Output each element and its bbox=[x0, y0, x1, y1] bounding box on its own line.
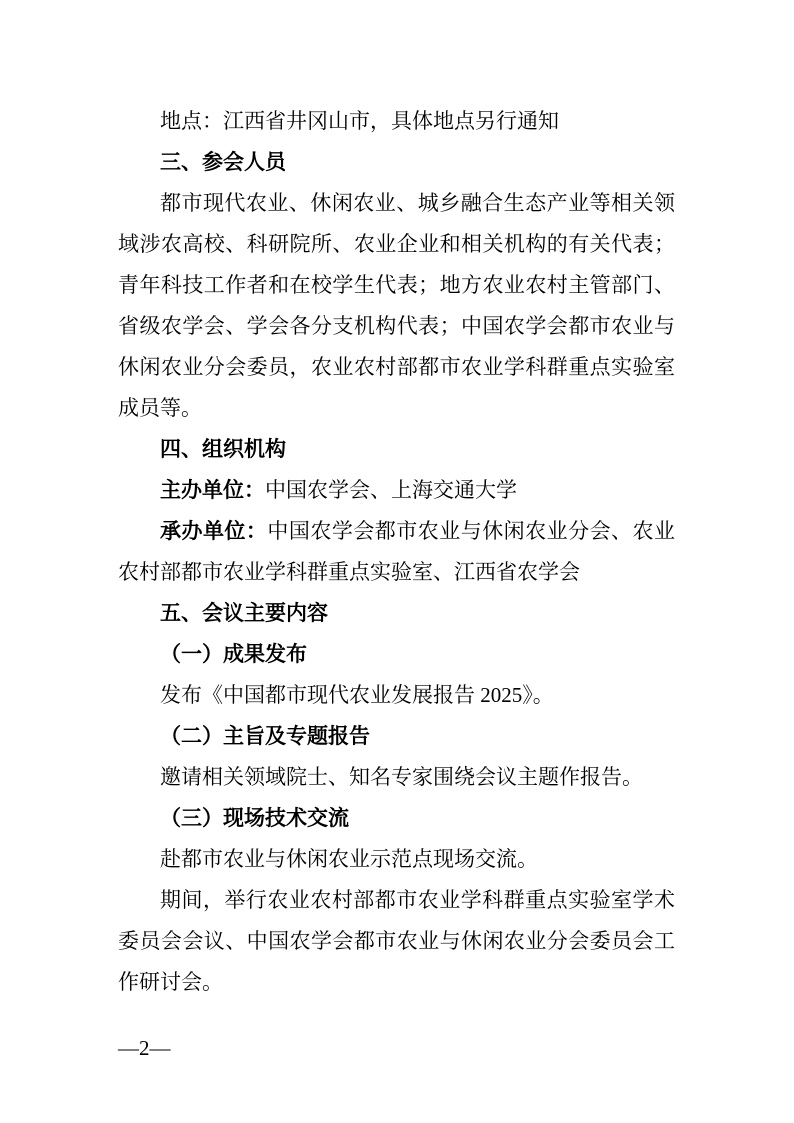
paragraph-field-exchange: 赴都市农业与休闲农业示范点现场交流。 bbox=[118, 839, 675, 880]
paragraph-host-units: 主办单位：中国农学会、上海交通大学 bbox=[118, 470, 675, 511]
heading-section-3-attendees: 三、参会人员 bbox=[118, 142, 675, 183]
organizer-units-label: 承办单位： bbox=[160, 519, 267, 543]
document-page: 地点：江西省井冈山市，具体地点另行通知 三、参会人员 都市现代农业、休闲农业、城… bbox=[0, 0, 794, 1123]
page-number: —2— bbox=[118, 1036, 171, 1060]
paragraph-keynote-reports: 邀请相关领域院士、知名专家围绕会议主题作报告。 bbox=[118, 757, 675, 798]
subheading-2-keynote-reports: （二）主旨及专题报告 bbox=[118, 716, 675, 757]
paragraph-results-release: 发布《中国都市现代农业发展报告 2025》。 bbox=[118, 675, 675, 716]
document-body: 地点：江西省井冈山市，具体地点另行通知 三、参会人员 都市现代农业、休闲农业、城… bbox=[118, 101, 675, 1003]
paragraph-location: 地点：江西省井冈山市，具体地点另行通知 bbox=[118, 101, 675, 142]
heading-section-4-organization: 四、组织机构 bbox=[118, 429, 675, 470]
subheading-1-results-release: （一）成果发布 bbox=[118, 634, 675, 675]
host-units-label: 主办单位： bbox=[160, 478, 265, 502]
paragraph-organizer-units: 承办单位：中国农学会都市农业与休闲农业分会、农业农村部都市农业学科群重点实验室、… bbox=[118, 511, 675, 593]
subheading-3-field-exchange: （三）现场技术交流 bbox=[118, 798, 675, 839]
heading-section-5-agenda: 五、会议主要内容 bbox=[118, 593, 675, 634]
paragraph-side-meetings: 期间，举行农业农村部都市农业学科群重点实验室学术委员会会议、中国农学会都市农业与… bbox=[118, 880, 675, 1003]
host-units-value: 中国农学会、上海交通大学 bbox=[265, 478, 517, 502]
paragraph-attendees: 都市现代农业、休闲农业、城乡融合生态产业等相关领域涉农高校、科研院所、农业企业和… bbox=[118, 183, 675, 429]
